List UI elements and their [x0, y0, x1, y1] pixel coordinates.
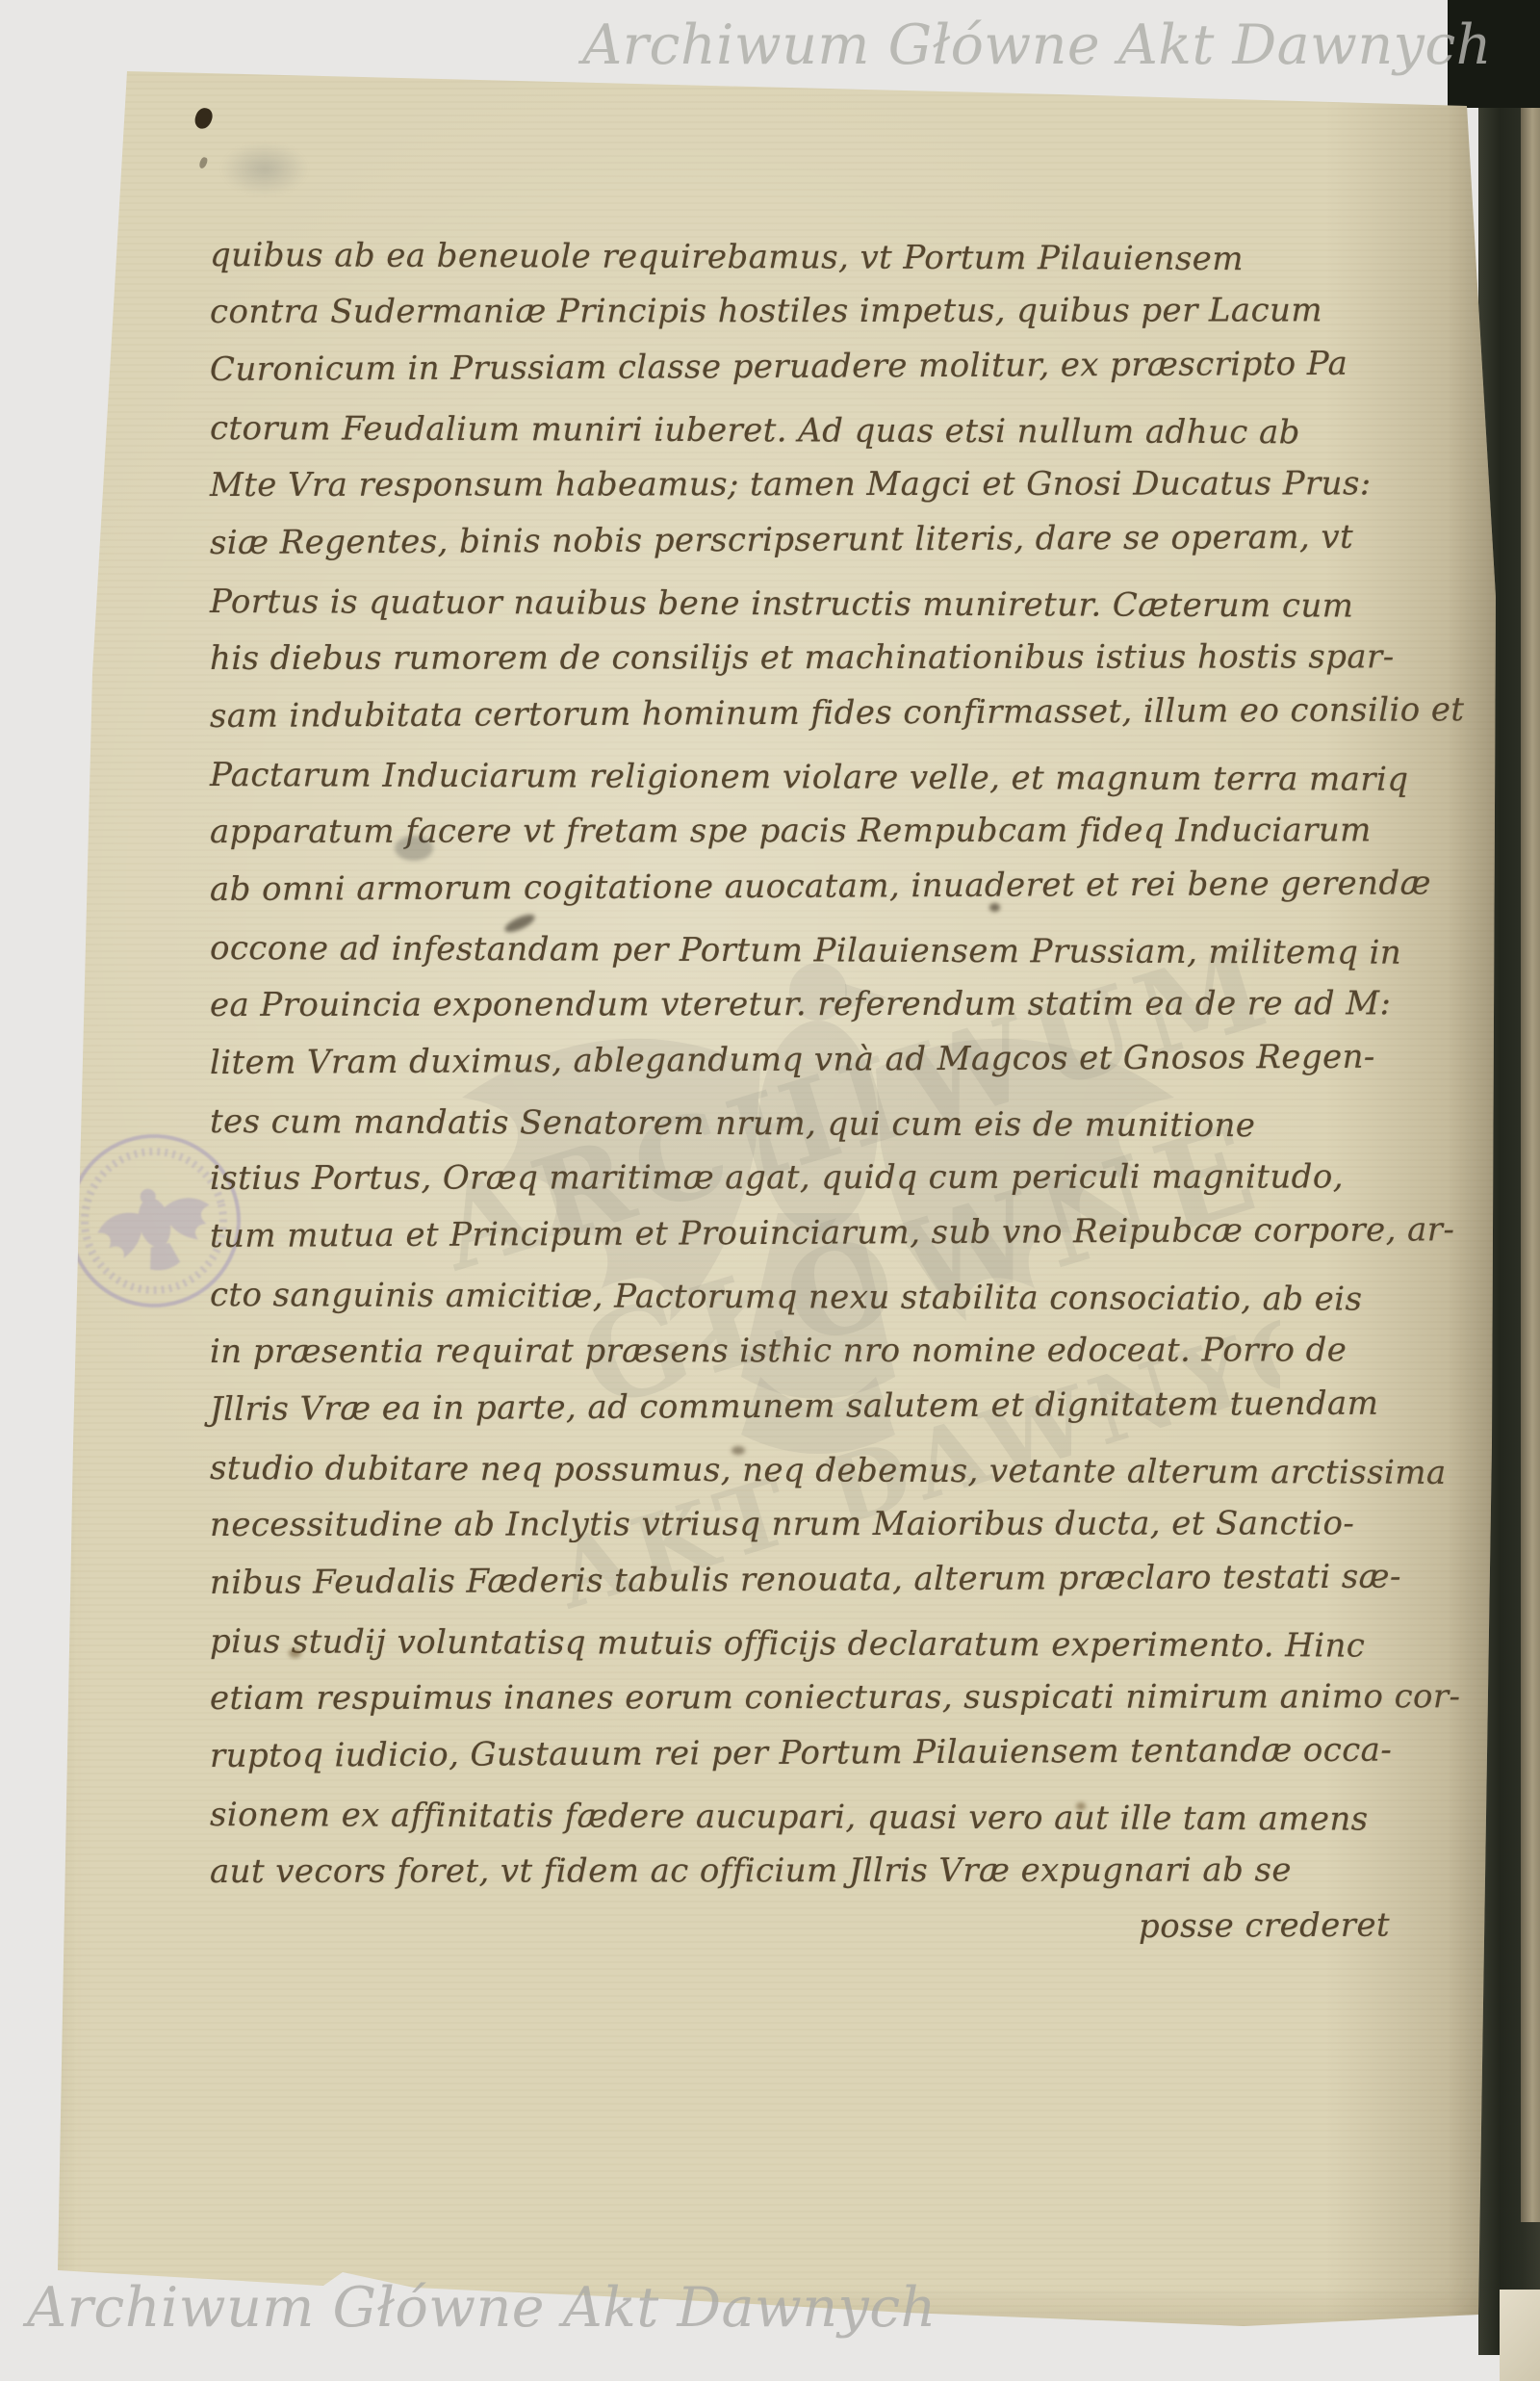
next-page-corner	[1500, 2290, 1540, 2381]
manuscript-line: pius studij voluntatisq mutuis officijs …	[210, 1613, 1419, 1675]
manuscript-line: studio dubitare neq possumus, neq debemu…	[210, 1439, 1419, 1502]
manuscript-line: Curonicum in Prussiam classe peruadere m…	[210, 334, 1419, 399]
fox-spot	[1076, 1802, 1086, 1810]
manuscript-line: ea Prouincia exponendum vteretur. refere…	[210, 974, 1419, 1034]
archive-watermark-top: Archiwum Główne Akt Dawnych	[582, 13, 1492, 77]
manuscript-line: occone ad infestandam per Portum Pilauie…	[210, 919, 1419, 982]
manuscript-line: tes cum mandatis Senatorem nrum, qui cum…	[210, 1093, 1419, 1155]
manuscript-line: in præsentia requirat præsens isthic nro…	[210, 1321, 1419, 1381]
manuscript-line: tum mutua et Principum et Prouinciarum, …	[210, 1201, 1419, 1265]
manuscript-line: Portus is quatuor nauibus bene instructi…	[210, 573, 1419, 635]
manuscript-line: istius Portus, Oræq maritimæ agat, quidq…	[210, 1148, 1419, 1207]
manuscript-line: contra Sudermaniæ Principis hostiles imp…	[210, 281, 1419, 341]
manuscript-text: quibus ab ea beneuole requirebamus, vt P…	[210, 225, 1419, 1960]
manuscript-line: ruptoq iudicio, Gustauum rei per Portum …	[210, 1721, 1419, 1785]
manuscript-line: Pactarum Induciarum religionem violare v…	[210, 746, 1419, 809]
manuscript-line: etiam respuimus inanes eorum coniecturas…	[210, 1668, 1419, 1727]
manuscript-line: ab omni armorum cogitatione auocatam, in…	[210, 854, 1419, 919]
manuscript-line: litem Vram duximus, ablegandumq vnà ad M…	[210, 1027, 1419, 1092]
manuscript-line: ctorum Feudalium muniri iuberet. Ad quas…	[210, 400, 1419, 462]
manuscript-line: Mte Vra responsum habeamus; tamen Magci …	[210, 454, 1419, 514]
binding-corner-dark	[1448, 0, 1540, 108]
adjacent-page-edge	[1521, 104, 1540, 2222]
fox-spot	[289, 1648, 301, 1658]
scanned-page-background: ARCHIWUM GŁÓWNE AKT DAWNYCH quibus ab ea…	[0, 0, 1540, 2381]
manuscript-line: sam indubitata certorum hominum fides co…	[210, 681, 1419, 745]
manuscript-line: Jllris Vræ ea in parte, ad communem salu…	[210, 1374, 1419, 1438]
manuscript-line: quibus ab ea beneuole requirebamus, vt P…	[210, 226, 1419, 289]
manuscript-line-closing: posse crederet	[210, 1896, 1419, 1960]
manuscript-line: necessitudine ab Inclytis vtriusq nrum M…	[210, 1494, 1419, 1554]
manuscript-line: siæ Regentes, binis nobis perscripserunt…	[210, 507, 1419, 572]
ink-smudge	[221, 142, 308, 195]
manuscript-line: sionem ex affinitatis fædere aucupari, q…	[210, 1786, 1419, 1849]
manuscript-line: cto sanguinis amicitiæ, Pactorumq nexu s…	[210, 1266, 1419, 1329]
fox-spot	[731, 1446, 745, 1455]
manuscript-line: apparatum facere vt fretam spe pacis Rem…	[210, 801, 1419, 861]
manuscript-line: nibus Feudalis Fæderis tabulis renouata,…	[210, 1547, 1419, 1612]
fox-spot	[395, 836, 433, 861]
fox-spot	[989, 903, 1000, 912]
manuscript-line: his diebus rumorem de consilijs et machi…	[210, 628, 1419, 687]
paper-sheet: ARCHIWUM GŁÓWNE AKT DAWNYCH quibus ab ea…	[0, 0, 1540, 2381]
manuscript-line: aut vecors foret, vt fidem ac officium J…	[210, 1841, 1419, 1901]
